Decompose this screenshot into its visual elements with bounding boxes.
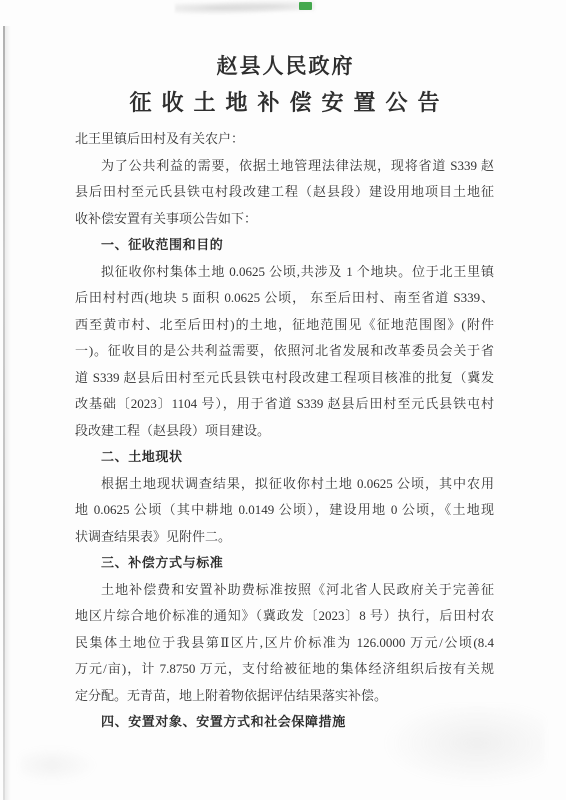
document-line: 土地补偿费和安置补助费标准按照《河北省人民政府关于完善征 bbox=[75, 577, 494, 604]
announcement-title: 征收土地补偿安置公告 bbox=[75, 86, 494, 117]
document-line: 定分配。无青苗，地上附着物依据评估结果落实补偿。 bbox=[75, 683, 494, 710]
document-line: 地区片综合地价标准的通知》（冀政发〔2023〕8 号）执行，后田村农 bbox=[75, 603, 494, 630]
document-line: 西至黄市村、北至后田村)的土地，征地范围见《征地范围图》(附件 bbox=[75, 312, 494, 339]
document-line: 四、安置对象、安置方式和社会保障措施 bbox=[75, 709, 494, 736]
document-body: 北王里镇后田村及有关农户：为了公共利益的需要，依据土地管理法律法规，现将省道 S… bbox=[75, 126, 494, 736]
document-line: 县后田村至元氏县铁屯村段改建工程（赵县段）建设用地项目土地征 bbox=[75, 179, 494, 206]
document-line: 二、土地现状 bbox=[75, 444, 494, 471]
document-line: 段改建工程（赵县段）项目建设。 bbox=[75, 418, 494, 445]
document-line: 北王里镇后田村及有关农户： bbox=[75, 126, 494, 153]
document-line: 万元/亩)，计 7.8750 万元，支付给被征地的集体经济组织后按有关规 bbox=[75, 656, 494, 683]
document-line: 为了公共利益的需要，依据土地管理法律法规，现将省道 S339 赵 bbox=[75, 153, 494, 180]
document-line: 状调查结果表》见附件二。 bbox=[75, 524, 494, 551]
document-line: 三、补偿方式与标准 bbox=[75, 550, 494, 577]
document-page: 赵县人民政府 征收土地补偿安置公告 北王里镇后田村及有关农户：为了公共利益的需要… bbox=[0, 0, 566, 800]
page-edge-soft-shadow bbox=[5, 26, 11, 800]
document-line: 根据土地现状调查结果，拟征收你村土地 0.0625 公顷，其中农用 bbox=[75, 471, 494, 498]
document-content: 赵县人民政府 征收土地补偿安置公告 北王里镇后田村及有关农户：为了公共利益的需要… bbox=[75, 0, 494, 800]
document-line: 改基础〔2023〕1104 号），用于省道 S339 赵县后田村至元氏县铁屯村 bbox=[75, 391, 494, 418]
document-line: 一、征收范围和目的 bbox=[75, 232, 494, 259]
document-line: 拟征收你村集体土地 0.0625 公顷,共涉及 1 个地块。位于北王里镇 bbox=[75, 259, 494, 286]
document-line: 道 S339 赵县后田村至元氏县铁屯村段改建工程项目核准的批复（冀发 bbox=[75, 365, 494, 392]
document-line: 民集体土地位于我县第Ⅱ区片,区片价标准为 126.0000 万元/公顷(8.4 bbox=[75, 630, 494, 657]
document-line: 后田村村西(地块 5 面积 0.0625 公顷， 东至后田村、南至省道 S339… bbox=[75, 285, 494, 312]
document-line: 地 0.0625 公顷（其中耕地 0.0149 公顷），建设用地 0 公顷，《土… bbox=[75, 497, 494, 524]
issuer-title: 赵县人民政府 bbox=[75, 50, 494, 80]
document-line: 收补偿安置有关事项公告如下： bbox=[75, 206, 494, 233]
document-line: 一)。征收目的是公共利益需要，依照河北省发展和改革委员会关于省 bbox=[75, 338, 494, 365]
